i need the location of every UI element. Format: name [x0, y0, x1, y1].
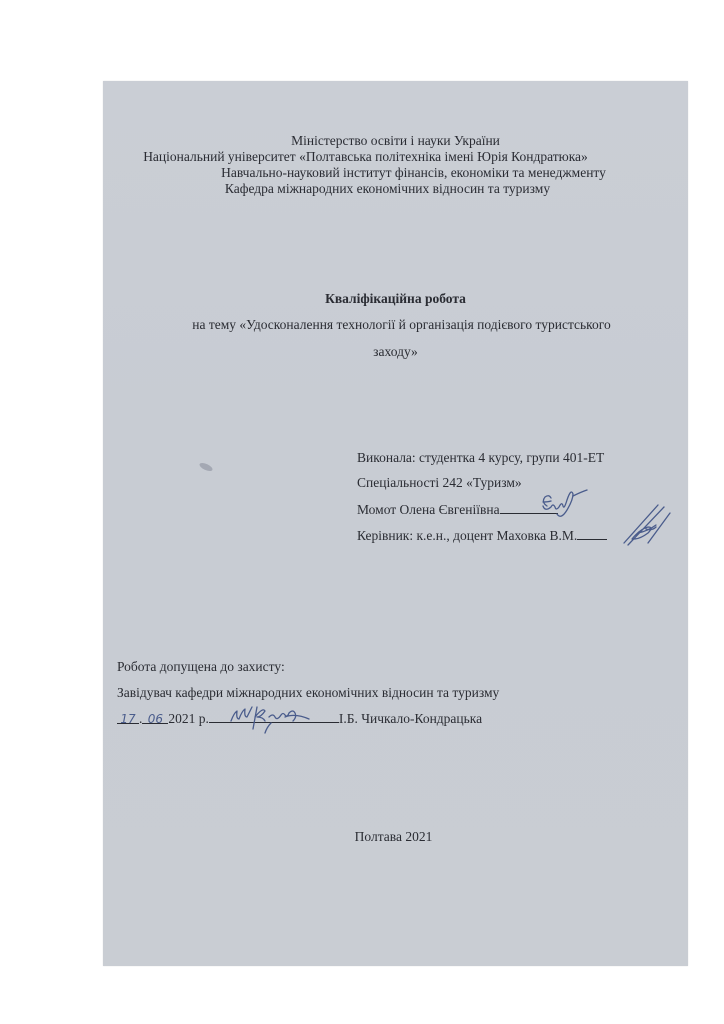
date-month: 06	[148, 712, 163, 726]
admitted-label: Робота допущена до захисту:	[117, 659, 285, 675]
student-signature-line	[500, 501, 558, 514]
scan-smudge	[198, 461, 213, 472]
topic-line-2: заходу»	[103, 344, 688, 360]
city-year: Полтава 2021	[101, 829, 686, 845]
performed-by: Виконала: студентка 4 курсу, групи 401-Е…	[357, 450, 604, 466]
head-name: І.Б. Чичкало-Кондрацька	[339, 711, 482, 726]
university-line: Національний університет «Полтавська пол…	[73, 149, 658, 165]
student-name-row: Момот Олена Євгеніївна	[357, 501, 558, 518]
document-page: Міністерство освіти і науки України Наці…	[103, 81, 688, 966]
head-signature-line	[209, 710, 339, 723]
supervisor-signature-line	[577, 527, 607, 540]
date-year: 2021 р.	[168, 711, 209, 726]
approval-row: 17.062021 р.І.Б. Чичкало-Кондрацька	[117, 710, 482, 727]
topic-line-1: на тему «Удосконалення технології й орга…	[109, 317, 694, 333]
specialty: Спеціальності 242 «Туризм»	[357, 475, 522, 491]
document-title: Кваліфікаційна робота	[103, 291, 688, 307]
head-title: Завідувач кафедри міжнародних економічни…	[117, 685, 499, 701]
student-name: Момот Олена Євгеніївна	[357, 502, 500, 517]
date-day: 17	[120, 712, 135, 726]
department-line: Кафедра міжнародних економічних відносин…	[95, 181, 680, 197]
ministry-line: Міністерство освіти і науки України	[103, 133, 688, 149]
supervisor: Керівник: к.е.н., доцент Маховка В.М.	[357, 528, 577, 543]
institute-line: Навчально-науковий інститут фінансів, ек…	[121, 165, 706, 181]
date-month-field: 06	[142, 711, 168, 724]
date-day-field: 17	[117, 711, 139, 724]
supervisor-row: Керівник: к.е.н., доцент Маховка В.М.	[357, 527, 607, 544]
supervisor-signature	[618, 499, 678, 549]
